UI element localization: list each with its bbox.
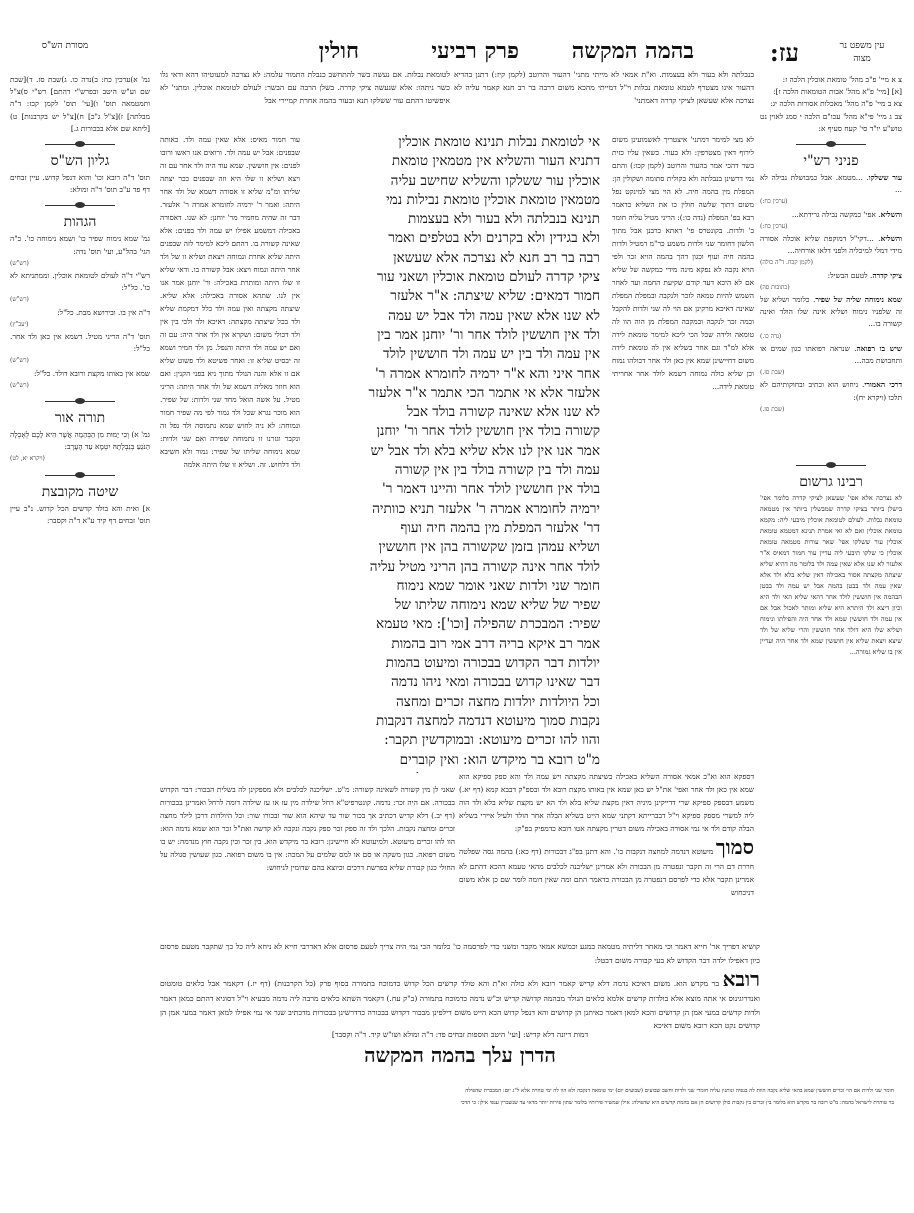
gemara-line: אמר רב איקא בריה דרב אמי רוב בהמות xyxy=(305,635,600,654)
shita-mekubetzet-title: שיטה מקובצת xyxy=(10,484,150,501)
masoret-label: מסורת הש"ס xyxy=(40,40,90,53)
ein-mishpat-entry: צב ג מיי' פי"א מהל' עכו"ם הלכה י סמג לאו… xyxy=(760,111,902,135)
gemara-line: אמר אנו אין לנו אלא שליא בלא ולד אבל יש xyxy=(305,442,600,461)
torah-or-ref: (ויקרא יא, לט) xyxy=(10,453,150,465)
rabbeinu-gershom-title: רבינו גרשום xyxy=(760,474,902,491)
tosafot-bottom-wide: קושיא דפריך אר' חייא דאמר וכי מאחר דליתי… xyxy=(160,940,760,1030)
tractate-name: חולין xyxy=(319,38,359,64)
rashi-body-text: עור חמור מאיס: אלא שאין עמה ולד. כאותה ש… xyxy=(160,133,300,471)
tosafot-column: לא מצי למימר דמתני' איצטריך לאשמועינן מש… xyxy=(612,133,754,760)
gemara-line: ושליא עמהן בזמן שקשורה בהן אין חוששין xyxy=(305,538,600,557)
tosafot-lower-text: דספקא הוא וא"כ אמאי אסורה השליא באכילה כ… xyxy=(459,770,754,835)
source-ref: (נדה כו.) xyxy=(760,331,902,343)
daf-number: עז: xyxy=(770,38,799,68)
perek-number: פרק רביעי xyxy=(431,38,519,64)
gemara-line: לא שנו אלא שאינה קשורה בולד אבל xyxy=(305,403,600,422)
gemara-line: ציקי קדרה לעולם טומאת אוכלין ושאני עור xyxy=(305,268,600,287)
hagahot-entry: ד"ה אין בו. ובירושא מבת. כל"ל:(יעב"ץ) xyxy=(10,307,150,331)
closing-line: דמות דיונה דלא קדיש: [ועי' היטב תוספות ז… xyxy=(160,1030,760,1039)
right-outer-margin: צ א מיי' פ"ב מהל' טומאת אוכלין הלכה ז: [… xyxy=(760,74,902,1079)
source-ref: (שבת סז.) xyxy=(760,404,902,416)
page-header: עין משפט נר מצוה עז: בהמה המקשה פרק רביע… xyxy=(0,38,914,68)
hagahot-entry: רש"י ד"ה לעולם לטומאת אוכלין. וממתניתא ל… xyxy=(10,270,150,307)
gemara-line: אלעזר אלא אי אתמר הכי אתמר א"ר אלעזר xyxy=(305,384,600,403)
gemara-line: לולד אחר אינה קשורה בהן הריני מטיל עליה xyxy=(305,558,600,577)
gemara-line: דר' אלעזר המפלת מין בהמה חיה ועוף xyxy=(305,519,600,538)
source-ref: (לקמן קכח. ד"ה כולה) xyxy=(760,257,902,269)
ein-mishpat-label: עין משפט נר מצוה xyxy=(832,40,892,66)
hagahot-entry: תוס' ד"ה הריני מטיל. דשמא אין כאן ולד אח… xyxy=(10,331,150,368)
gemara-line: שפיר של שליא שמא נימוחה שליתו של xyxy=(305,596,600,615)
gemara-line: ולד אין חוששין לולד אחר ור' יוחנן אמר בי… xyxy=(305,326,600,345)
chapter-name: בהמה המקשה xyxy=(572,38,694,64)
gemara-line: מ"ט רובא בר מיקדש הוא: ואין קוברים xyxy=(305,751,600,770)
rashi-lower: שאני לן מין קשורה לשאינה קשורה: מ"ט. ישל… xyxy=(160,783,455,933)
dibur-hamatchil: שיש בו רפואה xyxy=(857,344,903,353)
gemara-line: אין עמה ולד בין יש עמה ולד חוששין לולד xyxy=(305,345,600,364)
gemara-line: שפיר: המבכרת שהפילה [וכו']: מאי טעמא xyxy=(305,615,600,634)
ornament-divider xyxy=(796,141,866,147)
gilyon-hashas-text: תוס' ד"ה רובא וכו' והוא דנפל קדוש. עיין … xyxy=(10,172,150,196)
tosafot-top-text: בנבלתה ולא בעור ולא בעצמות. וא"ת אמאי לא… xyxy=(454,68,754,107)
ornament-divider xyxy=(45,202,115,208)
rashi-column: עור חמור מאיס: אלא שאין עמה ולד. כאותה ש… xyxy=(160,133,300,763)
gemara-line: קשורה בולד אין חוששין לולד אחר ור' יוחנן xyxy=(305,422,600,441)
gemara-line: וכל היולדות יולדות מחצה זכרים ומחצה xyxy=(305,693,600,712)
source-ref: (ערכין כח:) xyxy=(760,221,902,233)
gemara-line: תנינא בנבלתה ולא בעור ולא בעצמות xyxy=(305,210,600,229)
rashi-lower-text: שאני לן מין קשורה לשאינה קשורה: מ"ט. ישל… xyxy=(160,783,455,874)
rova-heading: רובא xyxy=(723,967,760,991)
gemara-line: עמה ולד בין קשורה בולד בין אין קשורה xyxy=(305,461,600,480)
dibur-hamatchil: והשליא xyxy=(881,234,903,243)
hadran-title: הדרן עלך בהמה המקשה xyxy=(160,1043,760,1068)
left-outer-margin: גמ' א)ערכין כח: ב)נדה כו. ג)שבת סז. ד)[ש… xyxy=(10,74,150,774)
ein-mishpat: צ א מיי' פ"ב מהל' טומאת אוכלין הלכה ז: [… xyxy=(760,74,902,135)
gemara-line: אחר איני והא א"ר ירמיה לחומרא אמרה ר' xyxy=(305,365,600,384)
ein-mishpat-entry: [א] [מיי' פ"א מהל' אבות הטומאות הלכה ז]: xyxy=(760,86,902,98)
dibur-hamatchil: עור ששלקו xyxy=(869,173,902,182)
closing-text: דמות דיונה דלא קדיש: xyxy=(523,1030,588,1039)
gemara-line: אי לטומאת נבלות תנינא טומאת אוכלין xyxy=(305,133,600,152)
hagahot-entry: שמא אין באותו מקצת ורובא דולד. כל"ל:(רש"… xyxy=(10,368,150,392)
hagahot-entry: גמ' שמא נימוח שפיר כו' ושמא נימוחה כו'. … xyxy=(10,233,150,270)
rabbeinu-gershom-text: לא נצרכה אלא אפי' שעשאן לציקי קדרה כלומר… xyxy=(760,493,902,658)
shita-mekubetzet-text: א] ואית והא בולד קדשים הכל קדוש. נ"ב עיי… xyxy=(10,503,150,527)
gemara-line: נקבות סמוך מיעוטא דנדמה למחצה דנקבות xyxy=(305,712,600,731)
tosafot-top: בנבלתה ולא בעור ולא בעצמות. וא"ת אמאי לא… xyxy=(454,68,754,130)
rashi-top: לטומאת נבלות. אם נעשה בשר להתחשב כנבלת ה… xyxy=(160,68,450,130)
ornament-divider xyxy=(45,472,115,478)
gemara-line: ולא בגידין ולא בקרנים ולא בטלפים ואמר xyxy=(305,229,600,248)
dibur-hamatchil: שמא נימוחה שליה של שפיר xyxy=(815,295,902,304)
tosafot-bottom-line: קושיא דפריך אר' חייא דאמר וכי מאחר דליתי… xyxy=(160,940,760,967)
talmud-page: עין משפט נר מצוה עז: בהמה המקשה פרק רביע… xyxy=(0,0,914,1213)
gemara-line: והוו להו זכרים מיעוטא: ובמוקדשין תקבר: xyxy=(305,731,600,750)
ein-mishpat-entry: צ א מיי' פ"ב מהל' טומאת אוכלין הלכה ז: xyxy=(760,74,902,86)
bottom-strip-line-1: חומר שני ולדות אם הוי זכרים חוששין שמא ב… xyxy=(20,1086,894,1097)
gemara-line: אוכלין עור ששלקו והשליא שחישב עליה xyxy=(305,172,600,191)
gemara-text: אי לטומאת נבלות תנינא טומאת אוכלין דתניא… xyxy=(305,133,600,773)
gemara-line: דבר שאינו קדוש בבכורה ומאי ניהו נדמה xyxy=(305,673,600,692)
source-ref: (כתובות סה) xyxy=(760,282,902,294)
gemara-line: מטמאין טומאת אוכלין טומאת נבילות נמי xyxy=(305,191,600,210)
gemara-line: חמור דמאים: שליא שיצתה: א"ר אלעזר xyxy=(305,287,600,306)
dibur-hamatchil: ציקי קדרה xyxy=(872,271,902,280)
gemara-line: ירמיה לחומרא אמרה ר' אלעזר תניא כוותיה xyxy=(305,500,600,519)
gemara-line: בולד אין חוששין לולד אחר והיינו דאמר ר' xyxy=(305,480,600,499)
tosafot-body-text: לא מצי למימר דמתני' איצטריך לאשמועינן מש… xyxy=(612,133,754,393)
bottom-strip-line-2: בר טוהרת לישראל בהמה: מ"ט רובה בר מקדש ה… xyxy=(20,1098,894,1109)
ein-mishpat-entry: צא ב מיי' פ"ה מהל' מאכלות אסורות הלכה יג… xyxy=(760,98,902,110)
torah-or-title: תורה אור xyxy=(10,410,150,427)
ornament-divider xyxy=(45,398,115,404)
hagahot-title: הגהות xyxy=(10,214,150,231)
closing-note: [ועי' היטב תוספות זבחים פד: ד"ה ומולא וש… xyxy=(332,1030,521,1039)
gemara-line: יולדות דבר הקדוש בבכורה ומיעוט בהמות xyxy=(305,654,600,673)
peninei-rashi-title: פניני רש"י xyxy=(760,153,902,170)
entry-text: לטעם הבשיל: xyxy=(828,271,868,280)
torah-or-text: גמ' א) וְכִי יָמוּת מִן הַבְּהֵמָה אֲשֶׁ… xyxy=(10,429,150,453)
gemara-line: חומר שני ולדות שאני אומר שמא נימוח xyxy=(305,577,600,596)
rashi-top-text: לטומאת נבלות. אם נעשה בשר להתחשב כנבלת ה… xyxy=(160,68,450,107)
dibur-hamatchil: והשליא xyxy=(880,210,902,219)
masoret-hashas: גמ' א)ערכין כח: ב)נדה כו. ג)שבת סז. ד)[ש… xyxy=(10,74,150,135)
source-ref: (שבת סז.) xyxy=(760,367,902,379)
gemara-line: רבה בר רב חנא לא נצרכה אלא שעשאן xyxy=(305,249,600,268)
peninei-rashi: עור ששלקו. ...מטמא. אבל כמבושלת נבילה לא… xyxy=(760,172,902,416)
rova-text: בר מקדש הוא. משום דאיכא נדמה דלא קדיש קא… xyxy=(160,979,760,1030)
ornament-divider xyxy=(45,141,115,147)
gemara-line: לא שנו אלא שאין עמה ולד אבל יש עמה xyxy=(305,307,600,326)
samuch-heading: סמוך xyxy=(716,835,754,859)
source-ref: (ערכין כח:) xyxy=(760,196,902,208)
gemara-line: דתניא העור והשליא אין מטמאין טומאת xyxy=(305,152,600,171)
dibur-hamatchil: דרכי האמורי xyxy=(864,380,902,389)
tosafot-lower: דספקא הוא וא"כ אמאי אסורה השליא באכילה כ… xyxy=(459,770,754,935)
samuch-text: מיעוטא דנדמה למחצה דנקבות כו'. והא דתנן … xyxy=(459,847,754,897)
entry-text: אפי' כמקשה נבילה גרידתא... xyxy=(792,210,876,219)
gilyon-hashas-title: גליון הש"ס xyxy=(10,153,150,170)
ornament-divider xyxy=(796,462,866,468)
